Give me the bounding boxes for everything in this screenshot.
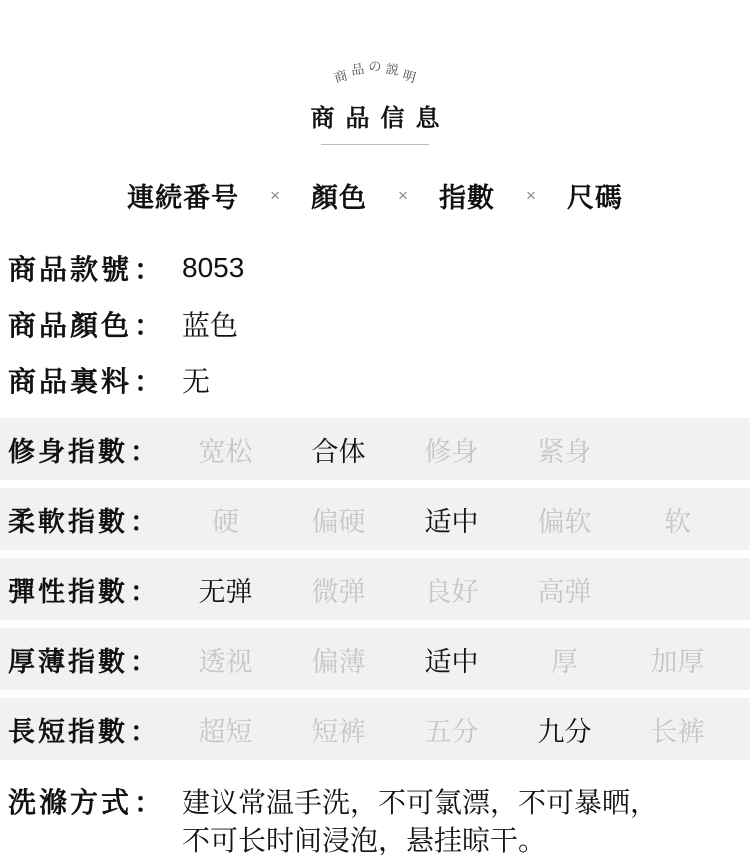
wash-line-1: 建议常温手洗，不可氯漂，不可暴晒， — [182, 784, 658, 822]
index-option: 紧身 — [508, 430, 621, 469]
index-row-thickness: 厚薄指數 ： 透视 偏薄 适中 厚 加厚 — [0, 628, 750, 690]
index-option: 修身 — [395, 430, 508, 469]
index-option: 适中 — [395, 500, 508, 539]
separator-x: × — [526, 186, 536, 206]
arc-char: 品 — [350, 58, 366, 79]
colon: ： — [130, 710, 157, 749]
colon: ： — [134, 360, 162, 400]
index-row-elasticity: 彈性指數 ： 无弹 微弹 良好 高弹 — [0, 558, 750, 620]
index-option: 九分 — [508, 710, 621, 749]
index-options: 宽松 合体 修身 紧身 — [169, 430, 621, 469]
info-label: 商品款號 — [8, 248, 132, 288]
index-option: 超短 — [169, 710, 282, 749]
colon: ： — [130, 640, 157, 679]
index-options: 硬 偏硬 适中 偏软 软 — [169, 500, 734, 539]
page-title: 商品信息 — [0, 98, 750, 133]
index-option: 偏硬 — [282, 500, 395, 539]
category-item-color: 顏色 — [311, 176, 367, 215]
index-option: 微弹 — [282, 570, 395, 609]
index-row-length: 長短指數 ： 超短 短裤 五分 九分 长裤 — [0, 698, 750, 760]
separator-x: × — [270, 186, 280, 206]
index-option: 软 — [621, 500, 734, 539]
info-label: 商品顏色 — [8, 304, 132, 344]
arc-char: 商 — [332, 65, 350, 87]
model-number-value: 8053 — [182, 252, 244, 284]
wash-instructions-text: 建议常温手洗，不可氯漂，不可暴晒， 不可长时间浸泡，悬挂晾干。 — [182, 784, 658, 855]
index-label: 長短指數 — [8, 710, 128, 749]
color-value: 蓝色 — [182, 304, 238, 344]
colon: ： — [134, 248, 162, 288]
page-header: 商 品 の 説 明 商品信息 — [0, 0, 750, 145]
index-option: 高弹 — [508, 570, 621, 609]
index-label: 彈性指數 — [8, 570, 128, 609]
arc-char: 説 — [384, 58, 400, 79]
basic-info-section: 商品款號 ： 8053 商品顏色 ： 蓝色 商品裏料 ： 无 — [0, 240, 750, 408]
index-row-softness: 柔軟指數 ： 硬 偏硬 适中 偏软 软 — [0, 488, 750, 550]
colon: ： — [130, 500, 157, 539]
colon: ： — [134, 304, 162, 344]
index-option: 加厚 — [621, 640, 734, 679]
wash-line-2: 不可长时间浸泡，悬挂晾干。 — [182, 822, 658, 855]
category-breadcrumb: 連続番号 × 顏色 × 指數 × 尺碼 — [0, 176, 750, 215]
index-option: 偏薄 — [282, 640, 395, 679]
index-option: 良好 — [395, 570, 508, 609]
lining-value: 无 — [182, 360, 210, 400]
index-option: 适中 — [395, 640, 508, 679]
info-label: 商品裏料 — [8, 360, 132, 400]
title-underline — [321, 144, 429, 145]
index-option: 无弹 — [169, 570, 282, 609]
info-row-model: 商品款號 ： 8053 — [0, 240, 750, 296]
index-options: 透视 偏薄 适中 厚 加厚 — [169, 640, 734, 679]
wash-label: 洗滌方式 — [8, 784, 132, 822]
arc-subtitle: 商 品 の 説 明 — [0, 56, 750, 92]
index-option: 五分 — [395, 710, 508, 749]
index-label: 柔軟指數 — [8, 500, 128, 539]
index-option: 偏软 — [508, 500, 621, 539]
separator-x: × — [398, 186, 408, 206]
colon: ： — [130, 570, 157, 609]
colon: ： — [130, 430, 157, 469]
arc-char: 明 — [400, 65, 418, 87]
index-options: 无弹 微弹 良好 高弹 — [169, 570, 621, 609]
index-row-fit: 修身指數 ： 宽松 合体 修身 紧身 — [0, 418, 750, 480]
index-option: 短裤 — [282, 710, 395, 749]
info-row-lining: 商品裏料 ： 无 — [0, 352, 750, 408]
arc-char: の — [368, 56, 381, 75]
wash-instructions-row: 洗滌方式 ： 建议常温手洗，不可氯漂，不可暴晒， 不可长时间浸泡，悬挂晾干。 — [0, 784, 750, 855]
index-label: 厚薄指數 — [8, 640, 128, 679]
category-item-index: 指數 — [439, 176, 495, 215]
index-option: 长裤 — [621, 710, 734, 749]
category-item-serial: 連続番号 — [127, 176, 239, 215]
category-item-size: 尺碼 — [567, 176, 623, 215]
index-label: 修身指數 — [8, 430, 128, 469]
info-row-color: 商品顏色 ： 蓝色 — [0, 296, 750, 352]
index-option: 合体 — [282, 430, 395, 469]
index-option: 厚 — [508, 640, 621, 679]
colon: ： — [134, 784, 162, 822]
index-section: 修身指數 ： 宽松 合体 修身 紧身 柔軟指數 ： 硬 偏硬 适中 偏软 软 彈… — [0, 418, 750, 760]
index-options: 超短 短裤 五分 九分 长裤 — [169, 710, 734, 749]
index-option: 宽松 — [169, 430, 282, 469]
index-option: 透视 — [169, 640, 282, 679]
index-option: 硬 — [169, 500, 282, 539]
